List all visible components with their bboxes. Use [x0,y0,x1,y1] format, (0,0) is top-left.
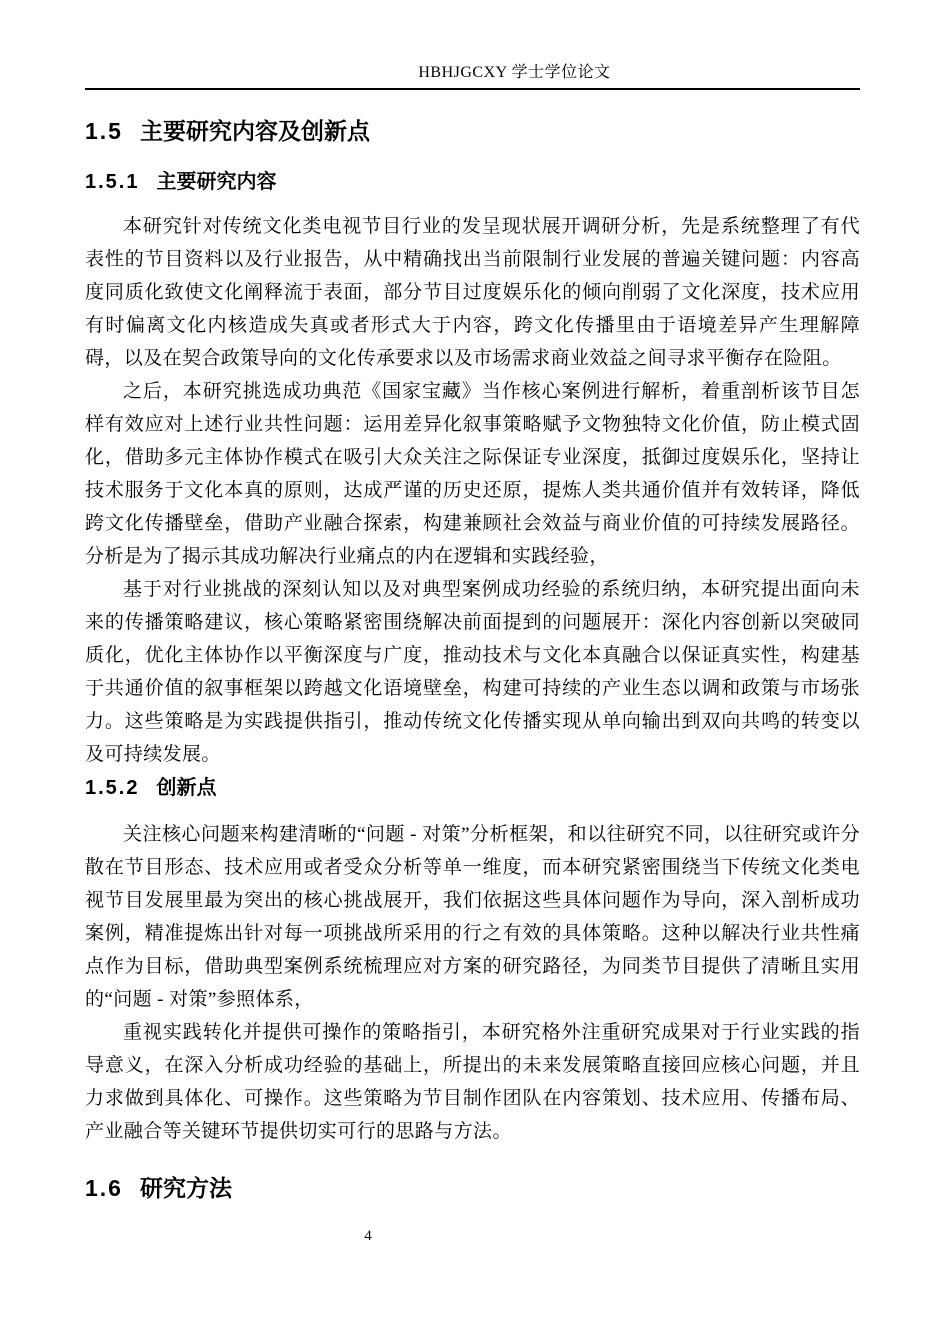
heading-text: 创新点 [156,777,216,799]
page-number: 4 [0,1226,736,1246]
heading-1-5-1: 1.5.1主要研究内容 [85,172,860,193]
paragraph-innovation-framework: 关注核心问题来构建清晰的“问题 - 对策”分析框架，和以往研究不同，以往研究或许… [85,818,860,1016]
heading-number: 1.5.2 [85,778,139,799]
paragraph-practical-guidance: 重视实践转化并提供可操作的策略指引，本研究格外注重研究成果对于行业实践的指导意义… [85,1016,860,1148]
heading-1-5-2: 1.5.2创新点 [85,778,860,799]
heading-1-5: 1.5主要研究内容及创新点 [85,119,860,144]
heading-number: 1.5.1 [85,172,139,193]
heading-text: 主要研究内容及创新点 [140,118,370,144]
heading-text: 主要研究内容 [156,171,276,193]
paragraph-case-analysis: 之后，本研究挑选成功典范《国家宝藏》当作核心案例进行解析，着重剖析该节目怎样有效… [85,375,860,573]
paragraph-strategy-proposals: 基于对行业挑战的深刻认知以及对典型案例成功经验的系统归纳，本研究提出面向未来的传… [85,573,860,771]
thesis-page: HBHJGCXY 学士学位论文 1.5主要研究内容及创新点 1.5.1主要研究内… [0,0,950,1344]
heading-number: 1.6 [85,1176,123,1201]
paragraph-research-overview: 本研究针对传统文化类电视节目行业的发呈现状展开调研分析，先是系统整理了有代表性的… [85,210,860,375]
heading-1-6: 1.6研究方法 [85,1176,860,1201]
heading-text: 研究方法 [140,1175,232,1201]
header-rule [85,88,860,90]
running-head: HBHJGCXY 学士学位论文 [127,62,902,84]
heading-number: 1.5 [85,119,123,144]
